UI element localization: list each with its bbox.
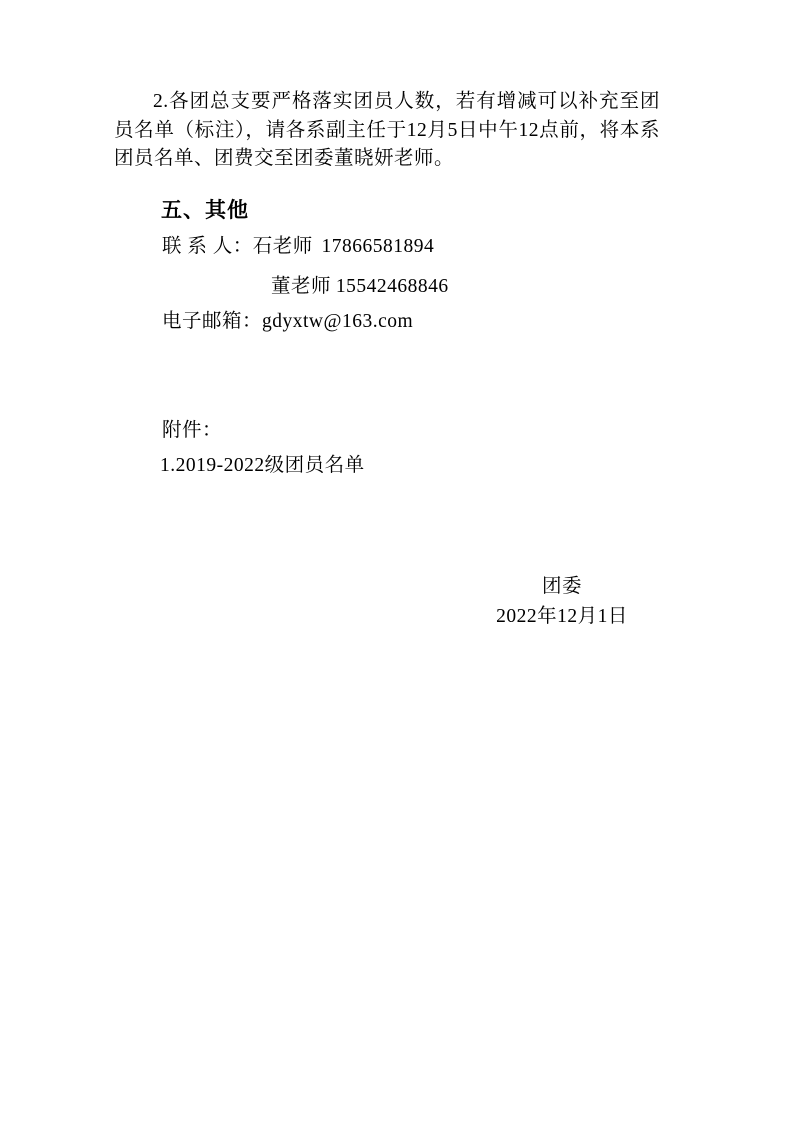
contact-primary-phone: 17866581894 <box>322 236 435 257</box>
email-label: 电子邮箱： <box>162 311 262 332</box>
attachments-label: 附件： <box>162 421 222 441</box>
signature-org: 团委 <box>462 572 662 602</box>
contact-secondary-line: 董老师15542468846 <box>271 277 449 297</box>
email-address: gdyxtw@163.com <box>262 311 413 332</box>
contact-primary-name: 石老师 <box>253 236 313 257</box>
document-page: 2.各团总支要严格落实团员人数，若有增减可以补充至团员名单（标注），请各系副主任… <box>0 0 794 1123</box>
contact-secondary-name: 董老师 <box>271 276 331 297</box>
contact-person-line: 联 系 人：石老师17866581894 <box>162 237 434 257</box>
signature-block: 团委 2022年12月1日 <box>462 572 662 631</box>
notice-paragraph-2: 2.各团总支要严格落实团员人数，若有增减可以补充至团员名单（标注），请各系副主任… <box>114 88 660 174</box>
email-line: 电子邮箱：gdyxtw@163.com <box>162 312 413 332</box>
section-heading-other: 五、其他 <box>161 200 249 221</box>
signature-date: 2022年12月1日 <box>462 602 662 632</box>
contact-label: 联 系 人： <box>162 236 253 257</box>
contact-secondary-phone: 15542468846 <box>336 276 449 297</box>
attachment-item: 1.2019-2022级团员名单 <box>160 456 365 476</box>
